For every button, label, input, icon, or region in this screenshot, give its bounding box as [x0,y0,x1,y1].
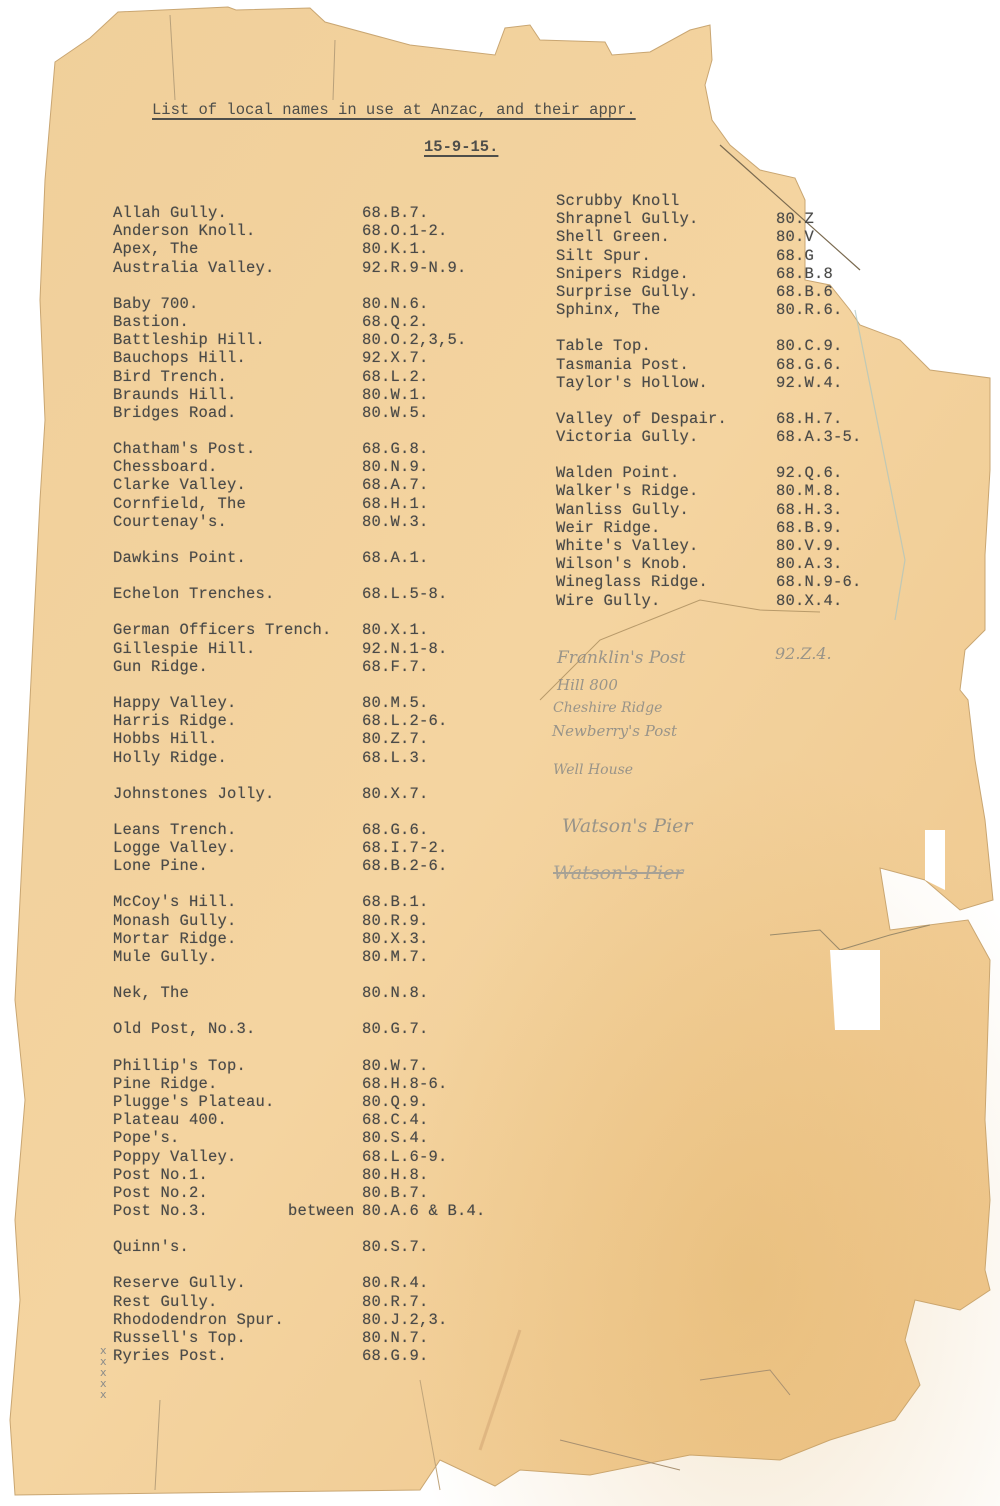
list-item: Gillespie Hill.92.N.1-8. [113,640,533,658]
place-name: Taylor's Hollow. [556,374,708,392]
map-reference: 80.R.7. [362,1293,429,1311]
map-reference: 92.X.7. [362,349,429,367]
map-reference: 68.L.3. [362,749,429,767]
map-reference: 80.W.3. [362,513,429,531]
entry-group: Echelon Trenches.68.L.5-8. [113,585,533,603]
place-name: Allah Gully. [113,204,227,222]
list-item: Hobbs Hill.80.Z.7. [113,730,533,748]
place-name: Post No.1. [113,1166,208,1184]
map-reference: 80.X.4. [776,592,843,610]
place-name: Anderson Knoll. [113,222,256,240]
list-item: Taylor's Hollow.92.W.4. [556,374,886,392]
place-name: Gillespie Hill. [113,640,256,658]
list-item: Cornfield, The68.H.1. [113,495,533,513]
entry-group: Reserve Gully.80.R.4.Rest Gully.80.R.7.R… [113,1274,533,1365]
list-item: Braunds Hill.80.W.1. [113,386,533,404]
map-reference: 68.H.3. [776,501,843,519]
map-reference: 80.R.4. [362,1274,429,1292]
list-item: Sphinx, The80.R.6. [556,301,886,319]
map-reference: 68.O.1-2. [362,222,448,240]
list-item: Bridges Road.80.W.5. [113,404,533,422]
list-item: McCoy's Hill.68.B.1. [113,893,533,911]
place-name: Bauchops Hill. [113,349,246,367]
place-name: Cornfield, The [113,495,246,513]
place-name: Rhododendron Spur. [113,1311,284,1329]
map-reference: 80.N.6. [362,295,429,313]
map-reference: 68.G.9. [362,1347,429,1365]
place-name: Dawkins Point. [113,549,246,567]
list-item: Plateau 400.68.C.4. [113,1111,533,1129]
map-reference: 68.F.7. [362,658,429,676]
entry-group: German Officers Trench.80.X.1.Gillespie … [113,621,533,676]
document-title: List of local names in use at Anzac, and… [152,101,636,119]
place-name: Rest Gully. [113,1293,218,1311]
handwritten-note: Watson's Pier [562,815,692,837]
map-reference: 68.I.7-2. [362,839,448,857]
map-reference: 80.W.5. [362,404,429,422]
list-item: Silt Spur.68.G [556,247,886,265]
list-item: Pine Ridge.68.H.8-6. [113,1075,533,1093]
map-reference: 80.X.3. [362,930,429,948]
map-reference: 80.V.9. [776,537,843,555]
entry-group: Scrubby KnollShrapnel Gully.80.ZShell Gr… [556,192,886,319]
list-item: Table Top.80.C.9. [556,337,886,355]
entry-group: Leans Trench.68.G.6.Logge Valley.68.I.7-… [113,821,533,876]
entry-group: Phillip's Top.80.W.7.Pine Ridge.68.H.8-6… [113,1057,533,1221]
place-name: Gun Ridge. [113,658,208,676]
place-name: Snipers Ridge. [556,265,689,283]
list-item: Wire Gully.80.X.4. [556,592,886,610]
place-name: Pope's. [113,1129,180,1147]
entry-group: Old Post, No.3.80.G.7. [113,1020,533,1038]
place-name: Walker's Ridge. [556,482,699,500]
map-reference: 68.G [776,247,814,265]
place-name: Lone Pine. [113,857,208,875]
list-item: White's Valley.80.V.9. [556,537,886,555]
list-item: Post No.3.between80.A.6 & B.4. [113,1202,533,1220]
map-reference: 80.O.2,3,5. [362,331,467,349]
map-reference: 80.X.7. [362,785,429,803]
place-name: Bridges Road. [113,404,237,422]
place-name: Baby 700. [113,295,199,313]
list-item: Chessboard.80.N.9. [113,458,533,476]
place-name: Apex, The [113,240,199,258]
list-item: Anderson Knoll.68.O.1-2. [113,222,533,240]
place-name: Valley of Despair. [556,410,727,428]
place-name: Tasmania Post. [556,356,689,374]
place-name: Braunds Hill. [113,386,237,404]
place-name: Australia Valley. [113,259,275,277]
place-name: Victoria Gully. [556,428,699,446]
list-item: Logge Valley.68.I.7-2. [113,839,533,857]
place-name: Harris Ridge. [113,712,237,730]
place-name: Sphinx, The [556,301,661,319]
place-name: Reserve Gully. [113,1274,246,1292]
place-name: Post No.2. [113,1184,208,1202]
list-item: Mule Gully.80.M.7. [113,948,533,966]
entry-group: Dawkins Point.68.A.1. [113,549,533,567]
list-item: Echelon Trenches.68.L.5-8. [113,585,533,603]
map-reference: 80.N.8. [362,984,429,1002]
list-item: Lone Pine.68.B.2-6. [113,857,533,875]
place-name: Courtenay's. [113,513,227,531]
list-item: Russell's Top.80.N.7. [113,1329,533,1347]
list-item: Walker's Ridge.80.M.8. [556,482,886,500]
entry-group: McCoy's Hill.68.B.1.Monash Gully.80.R.9.… [113,893,533,966]
map-reference: 80.R.6. [776,301,843,319]
place-name: Echelon Trenches. [113,585,275,603]
map-reference: 68.L.5-8. [362,585,448,603]
map-reference: 68.H.7. [776,410,843,428]
list-item: Weir Ridge.68.B.9. [556,519,886,537]
place-name: German Officers Trench. [113,621,332,639]
place-name: Nek, The [113,984,189,1002]
entry-group: Happy Valley.80.M.5.Harris Ridge.68.L.2-… [113,694,533,767]
place-name: Plateau 400. [113,1111,227,1129]
list-item: Courtenay's.80.W.3. [113,513,533,531]
place-name: Johnstones Jolly. [113,785,275,803]
handwritten-note: Newberry's Post [552,722,677,740]
map-reference: 68.A.1. [362,549,429,567]
list-item: Walden Point.92.Q.6. [556,464,886,482]
map-reference: 80.S.4. [362,1129,429,1147]
map-reference: 68.A.3-5. [776,428,862,446]
place-name: Pine Ridge. [113,1075,218,1093]
map-reference: 80.M.8. [776,482,843,500]
handwritten-ref: 92.Z.4. [775,644,832,663]
place-name: Russell's Top. [113,1329,246,1347]
map-reference: 68.G.6. [362,821,429,839]
list-item: Allah Gully.68.B.7. [113,204,533,222]
list-item: Mortar Ridge.80.X.3. [113,930,533,948]
map-reference: 80.X.1. [362,621,429,639]
map-reference: 80.W.7. [362,1057,429,1075]
map-reference: 92.W.4. [776,374,843,392]
right-column-list: Scrubby KnollShrapnel Gully.80.ZShell Gr… [556,192,886,628]
place-name: Bird Trench. [113,368,227,386]
place-name: Poppy Valley. [113,1148,237,1166]
list-item: Wineglass Ridge.68.N.9-6. [556,573,886,591]
map-reference: 80.K.1. [362,240,429,258]
list-item: Shrapnel Gully.80.Z [556,210,886,228]
place-name: Shell Green. [556,228,670,246]
map-reference: 68.A.7. [362,476,429,494]
list-item: German Officers Trench.80.X.1. [113,621,533,639]
list-item: Bastion.68.Q.2. [113,313,533,331]
list-item: Monash Gully.80.R.9. [113,912,533,930]
place-name: Chatham's Post. [113,440,256,458]
map-reference: 92.R.9-N.9. [362,259,467,277]
handwritten-note: Franklin's Post [557,648,685,668]
place-name: Wanliss Gully. [556,501,689,519]
list-item: Holly Ridge.68.L.3. [113,749,533,767]
list-item: Bauchops Hill.92.X.7. [113,349,533,367]
handwritten-note: Cheshire Ridge [553,700,662,716]
place-name: Wilson's Knob. [556,555,689,573]
place-name: McCoy's Hill. [113,893,237,911]
map-reference: 68.B.8 [776,265,833,283]
map-reference: 68.B.1. [362,893,429,911]
map-reference: 80.Z [776,210,814,228]
place-name: Phillip's Top. [113,1057,246,1075]
map-reference: 68.L.6-9. [362,1148,448,1166]
entry-group: Table Top.80.C.9.Tasmania Post.68.G.6.Ta… [556,337,886,392]
place-name: White's Valley. [556,537,699,555]
map-reference: 68.H.8-6. [362,1075,448,1093]
map-reference: 80.J.2,3. [362,1311,448,1329]
place-name: Silt Spur. [556,247,651,265]
left-column-list: Allah Gully.68.B.7.Anderson Knoll.68.O.1… [113,204,533,1383]
place-name: Surprise Gully. [556,283,699,301]
list-item: Baby 700.80.N.6. [113,295,533,313]
entry-group: Nek, The80.N.8. [113,984,533,1002]
list-item: Surprise Gully.68.B.6 [556,283,886,301]
place-name: Happy Valley. [113,694,237,712]
place-name: Wineglass Ridge. [556,573,708,591]
place-name: Chessboard. [113,458,218,476]
map-reference: 80.H.8. [362,1166,429,1184]
map-reference: 80.C.9. [776,337,843,355]
list-item: Tasmania Post.68.G.6. [556,356,886,374]
map-reference: 68.G.8. [362,440,429,458]
list-item: Reserve Gully.80.R.4. [113,1274,533,1292]
place-name: Mortar Ridge. [113,930,237,948]
map-reference: 80.R.9. [362,912,429,930]
map-reference: 68.H.1. [362,495,429,513]
map-reference: 68.L.2. [362,368,429,386]
list-item: Post No.2.80.B.7. [113,1184,533,1202]
list-item: Plugge's Plateau.80.Q.9. [113,1093,533,1111]
map-reference: 80.A.3. [776,555,843,573]
map-reference: 80.W.1. [362,386,429,404]
map-reference: 68.L.2-6. [362,712,448,730]
place-name: Scrubby Knoll [556,192,680,210]
entry-group: Valley of Despair.68.H.7.Victoria Gully.… [556,410,886,446]
list-item: Poppy Valley.68.L.6-9. [113,1148,533,1166]
map-reference: 80.N.7. [362,1329,429,1347]
entry-group: Baby 700.80.N.6.Bastion.68.Q.2.Battleshi… [113,295,533,422]
map-reference: 68.B.2-6. [362,857,448,875]
map-reference: 68.Q.2. [362,313,429,331]
list-item: Old Post, No.3.80.G.7. [113,1020,533,1038]
list-item: Bird Trench.68.L.2. [113,368,533,386]
map-reference: 68.C.4. [362,1111,429,1129]
map-reference: 80.S.7. [362,1238,429,1256]
list-item: Rest Gully.80.R.7. [113,1293,533,1311]
list-item: Victoria Gully.68.A.3-5. [556,428,886,446]
place-name: Ryries Post. [113,1347,227,1365]
list-item: Battleship Hill.80.O.2,3,5. [113,331,533,349]
place-name: Quinn's. [113,1238,189,1256]
list-item: Post No.1.80.H.8. [113,1166,533,1184]
place-name: Shrapnel Gully. [556,210,699,228]
list-item: Harris Ridge.68.L.2-6. [113,712,533,730]
map-reference: 80.G.7. [362,1020,429,1038]
handwritten-note: Hill 800 [557,676,618,694]
map-reference: 68.B.9. [776,519,843,537]
place-name: Old Post, No.3. [113,1020,256,1038]
list-item: Australia Valley.92.R.9-N.9. [113,259,533,277]
place-name: Walden Point. [556,464,680,482]
list-item: Apex, The80.K.1. [113,240,533,258]
map-reference: 80.V [776,228,814,246]
map-reference: 68.N.9-6. [776,573,862,591]
list-item: Valley of Despair.68.H.7. [556,410,886,428]
margin-x-marks: x x x x x [100,1345,107,1400]
place-name: Weir Ridge. [556,519,661,537]
list-item: Clarke Valley.68.A.7. [113,476,533,494]
entry-group: Walden Point.92.Q.6.Walker's Ridge.80.M.… [556,464,886,610]
map-reference: 80.N.9. [362,458,429,476]
list-item: Phillip's Top.80.W.7. [113,1057,533,1075]
place-name: Leans Trench. [113,821,237,839]
map-reference: 80.A.6 & B.4. [362,1202,486,1220]
place-name: Bastion. [113,313,189,331]
place-name: Table Top. [556,337,651,355]
place-name: Clarke Valley. [113,476,246,494]
map-reference: 80.M.5. [362,694,429,712]
map-reference: 92.Q.6. [776,464,843,482]
document-date: 15-9-15. [424,138,498,156]
entry-group: Johnstones Jolly.80.X.7. [113,785,533,803]
map-reference: 80.M.7. [362,948,429,966]
place-name: Logge Valley. [113,839,237,857]
place-name: Post No.3. [113,1202,208,1220]
list-item: Wanliss Gully.68.H.3. [556,501,886,519]
map-reference: 80.B.7. [362,1184,429,1202]
map-reference: 92.N.1-8. [362,640,448,658]
map-reference: 68.B.6 [776,283,833,301]
map-reference: 80.Z.7. [362,730,429,748]
list-item: Quinn's.80.S.7. [113,1238,533,1256]
list-item: Chatham's Post.68.G.8. [113,440,533,458]
struck-note: Watson's Pier [553,862,683,884]
entry-group: Chatham's Post.68.G.8.Chessboard.80.N.9.… [113,440,533,531]
place-name: Plugge's Plateau. [113,1093,275,1111]
list-item: Nek, The80.N.8. [113,984,533,1002]
place-name: Battleship Hill. [113,331,265,349]
list-item: Dawkins Point.68.A.1. [113,549,533,567]
list-item: Scrubby Knoll [556,192,886,210]
list-item: Happy Valley.80.M.5. [113,694,533,712]
place-name: Mule Gully. [113,948,218,966]
map-reference: 68.G.6. [776,356,843,374]
list-item: Gun Ridge.68.F.7. [113,658,533,676]
list-item: Leans Trench.68.G.6. [113,821,533,839]
list-item: Wilson's Knob.80.A.3. [556,555,886,573]
list-item: Johnstones Jolly.80.X.7. [113,785,533,803]
list-item: Shell Green.80.V [556,228,886,246]
entry-group: Quinn's.80.S.7. [113,1238,533,1256]
place-name: Wire Gully. [556,592,661,610]
list-item: Pope's.80.S.4. [113,1129,533,1147]
place-name: Hobbs Hill. [113,730,218,748]
list-item: Rhododendron Spur.80.J.2,3. [113,1311,533,1329]
between-label: between [288,1202,355,1220]
map-reference: 68.B.7. [362,204,429,222]
place-name: Holly Ridge. [113,749,227,767]
entry-group: Allah Gully.68.B.7.Anderson Knoll.68.O.1… [113,204,533,277]
handwritten-note: Well House [553,762,633,778]
place-name: Monash Gully. [113,912,237,930]
map-reference: 80.Q.9. [362,1093,429,1111]
list-item: Ryries Post.68.G.9. [113,1347,533,1365]
list-item: Snipers Ridge.68.B.8 [556,265,886,283]
